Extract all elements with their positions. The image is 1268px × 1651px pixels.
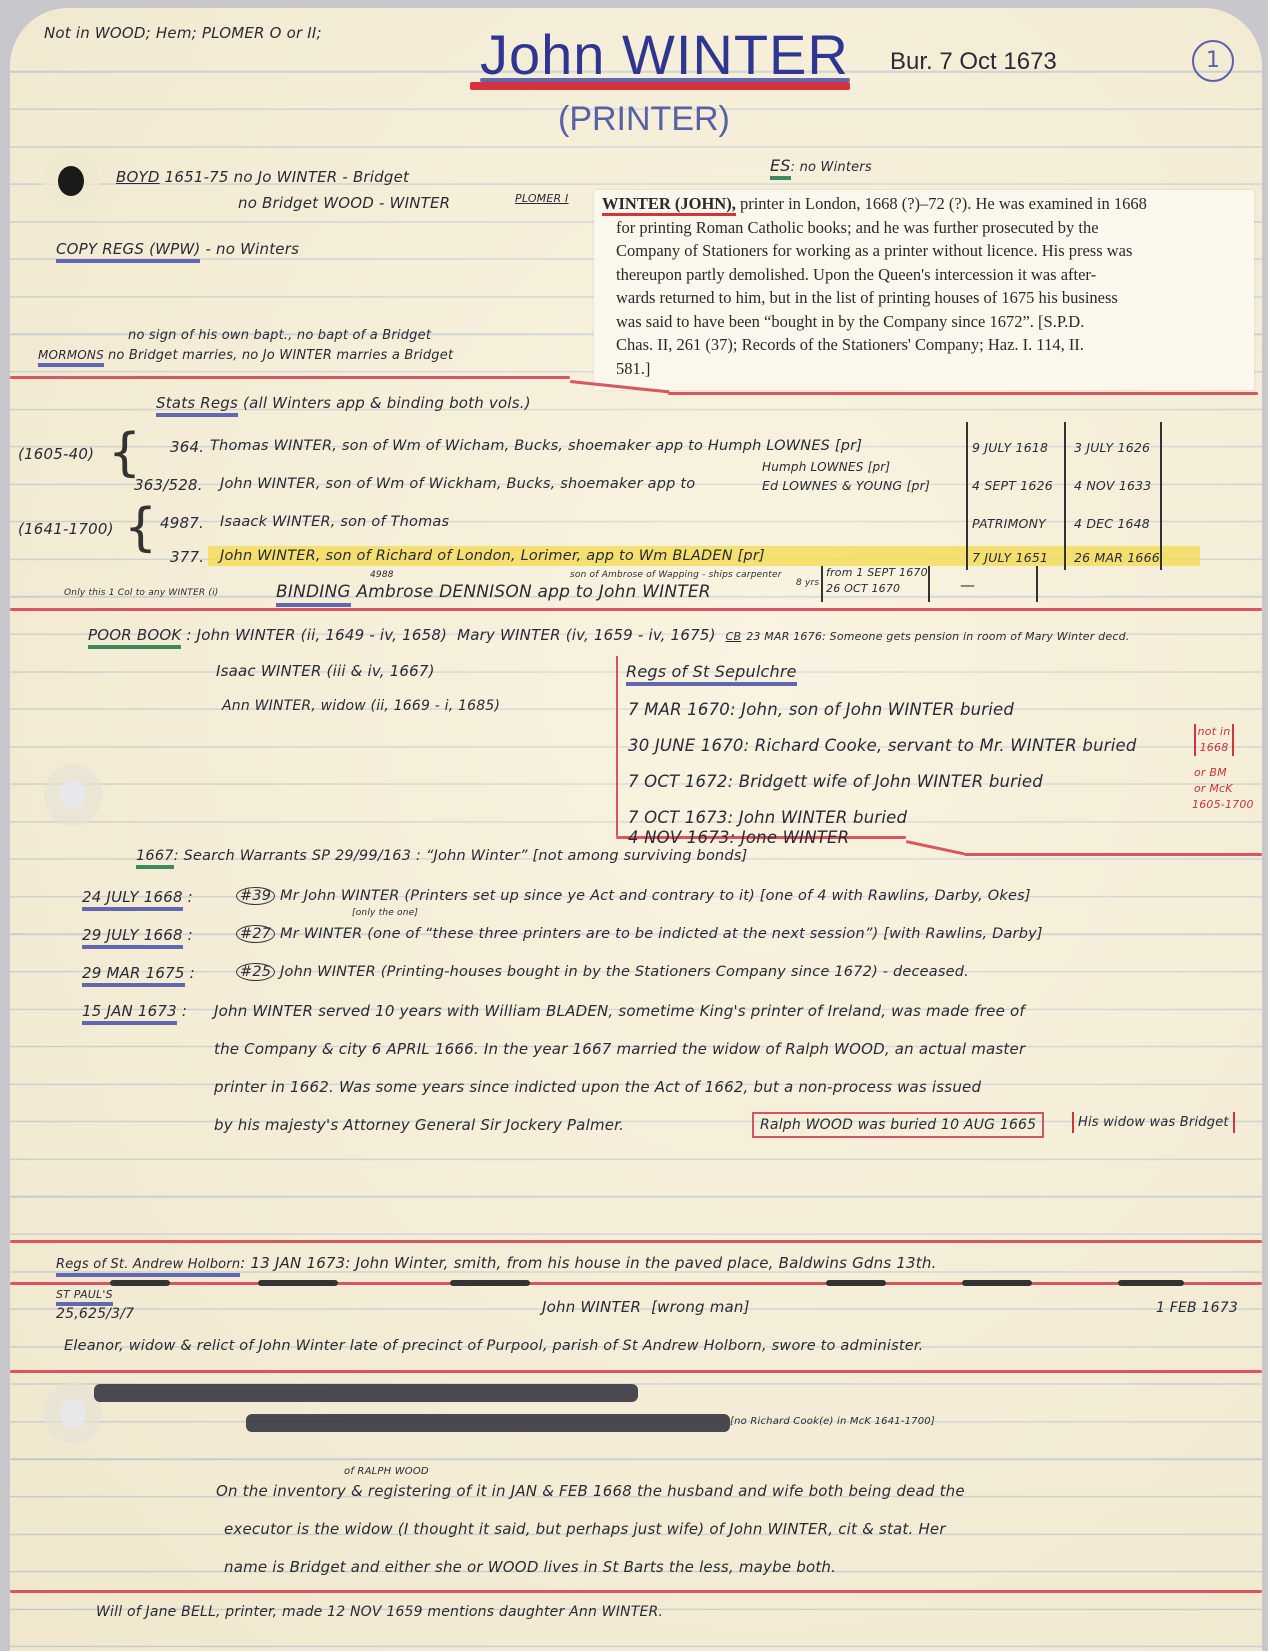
entry-line: by his majesty's Attorney General Sir Jo… xyxy=(214,1116,624,1134)
ralph-wood-box: Ralph WOOD was buried 10 AUG 1665 xyxy=(752,1112,1044,1138)
ink-dash xyxy=(110,1280,170,1286)
margin-note: 1605-1700 xyxy=(1192,798,1254,811)
cb-label: CB xyxy=(726,630,742,643)
entry-date-wrap: 15 JAN 1673 : xyxy=(82,1002,187,1020)
row-text-end: Ed LOWNES & YOUNG [pr] xyxy=(762,478,930,493)
sepulchre-heading: Regs of St Sepulchre xyxy=(626,662,797,681)
entry-body: #25 John WINTER (Printing-houses bought … xyxy=(236,964,969,980)
table-column-line xyxy=(1160,422,1162,570)
binding-term: 8 yrs xyxy=(796,578,819,588)
margin-note: or McK xyxy=(1194,782,1233,795)
wrong-man-note: [wrong man] xyxy=(651,1298,750,1316)
entry-sup: [only the one] xyxy=(352,908,418,918)
boyd-line-2: no Bridget WOOD - WINTER xyxy=(238,194,450,212)
copy-regs-label: COPY REGS (WPW) xyxy=(56,240,200,263)
plomer-line: thereupon partly demolished. Upon the Qu… xyxy=(602,263,1246,287)
sepulchre-heading-text: Regs of St Sepulchre xyxy=(626,662,797,686)
plomer-line: wards returned to him, but in the list o… xyxy=(602,286,1246,310)
plomer-line: was said to have been “bought in by the … xyxy=(602,310,1246,334)
sepulchre-entry: 30 JUNE 1670: Richard Cooke, servant to … xyxy=(628,736,1137,755)
row-text: Isaack WINTER, son of Thomas xyxy=(220,514,449,530)
row-text: Thomas WINTER, son of Wm of Wicham, Buck… xyxy=(210,438,862,454)
margin-note-box: not in 1668 xyxy=(1194,724,1234,756)
entry-date: 29 MAR 1675 xyxy=(82,964,185,987)
entry-date-wrap: 29 MAR 1675 : xyxy=(82,964,195,982)
row-number: 364. xyxy=(170,438,204,456)
section-divider xyxy=(10,1282,1262,1285)
redacted-line xyxy=(94,1384,638,1402)
page-subtitle: (PRINTER) xyxy=(558,100,730,139)
sepulchre-entry: 7 OCT 1672: Bridgett wife of John WINTER… xyxy=(628,772,1043,791)
section-divider xyxy=(10,376,570,379)
binding-bound-2: 26 OCT 1670 xyxy=(826,582,900,595)
mormons-line-2: no Bridget marries, no Jo WINTER marries… xyxy=(108,348,453,363)
search-warrants: 1667: Search Warrants SP 29/99/163 : “Jo… xyxy=(136,848,747,864)
section-divider xyxy=(10,608,1262,611)
redacted-note: [no Richard Cook(e) in McK 1641-1700] xyxy=(730,1416,935,1427)
ink-dash xyxy=(258,1280,338,1286)
ink-dash xyxy=(450,1280,530,1286)
boyd-text: 1651-75 no Jo WINTER - Bridget xyxy=(165,168,410,186)
period-label: (1641-1700) xyxy=(18,520,114,538)
binding-number: 4988 xyxy=(370,570,394,580)
box-bottom xyxy=(906,840,965,855)
row-number: 377. xyxy=(170,548,204,566)
es-note: ES: no Winters xyxy=(770,156,872,175)
st-pauls-date: 1 FEB 1673 xyxy=(1156,1300,1238,1316)
stats-regs-note: (all Winters app & binding both vols.) xyxy=(243,394,531,412)
row-freed-date: 4 NOV 1633 xyxy=(1074,478,1151,493)
inventory-line: executor is the widow (I thought it said… xyxy=(224,1520,946,1538)
stats-regs-label: Stats Regs xyxy=(156,394,238,417)
inventory-sup: of RALPH WOOD xyxy=(344,1466,429,1477)
section-divider xyxy=(10,1240,1262,1243)
plomer-heading: WINTER (JOHN), xyxy=(602,194,736,216)
entry-line: John WINTER served 10 years with William… xyxy=(214,1002,1025,1020)
cross-ref-name: John WINTER xyxy=(542,1298,641,1316)
binding-label: BINDING xyxy=(276,582,351,607)
table-column-line xyxy=(928,566,930,602)
plomer-clipping: WINTER (JOHN), printer in London, 1668 (… xyxy=(594,190,1254,390)
entry-text: John WINTER (Printing-houses bought in b… xyxy=(280,964,969,980)
binding-text: Ambrose DENNISON app to John WINTER xyxy=(356,582,710,602)
row-bound-date: 7 JULY 1651 xyxy=(972,550,1048,565)
poor-book-line-1: POOR BOOK : John WINTER (ii, 1649 - iv, … xyxy=(88,626,1129,644)
row-freed-date: 26 MAR 1666 xyxy=(1074,550,1160,565)
mormons: MORMONS no Bridget marries, no Jo WINTER… xyxy=(38,348,453,363)
entry-date-wrap: 24 JULY 1668 : xyxy=(82,888,193,906)
poor-book-entry: Isaac WINTER (iii & iv, 1667) xyxy=(216,662,435,680)
plomer-line: for printing Roman Catholic books; and h… xyxy=(602,216,1246,240)
section-divider xyxy=(668,392,1258,395)
row-text: John WINTER, son of Richard of London, L… xyxy=(220,548,765,564)
brace-icon: { xyxy=(108,423,141,483)
plomer-line: Company of Stationers for working as a p… xyxy=(602,239,1246,263)
poor-book-entry: Ann WINTER, widow (ii, 1669 - i, 1685) xyxy=(222,698,500,714)
page-number: 1 xyxy=(1192,40,1234,82)
mormons-label: MORMONS xyxy=(38,348,104,367)
st-andrew-label: Regs of St. Andrew Holborn xyxy=(56,1257,240,1277)
row-text-sup: Humph LOWNES [pr] xyxy=(762,460,890,474)
section-divider xyxy=(10,1590,1262,1593)
sepulchre-entry: 7 OCT 1673: John WINTER buried xyxy=(628,808,907,827)
entry-ref: #39 xyxy=(236,887,275,905)
top-note: Not in WOOD; Hem; PLOMER O or II; xyxy=(44,24,322,42)
sepulchre-entry: 4 NOV 1673: Jone WINTER xyxy=(628,828,849,847)
margin-note: or BM xyxy=(1194,766,1227,779)
entry-date: 15 JAN 1673 xyxy=(82,1002,177,1025)
entry-ref: #25 xyxy=(236,963,275,981)
ink-dash xyxy=(826,1280,886,1286)
ink-dash xyxy=(962,1280,1032,1286)
copy-regs-text: - no Winters xyxy=(205,240,299,258)
row-bound-date: 9 JULY 1618 xyxy=(972,440,1048,455)
punch-hole xyxy=(60,780,86,810)
table-column-line xyxy=(821,566,823,602)
st-andrew-entry: Regs of St. Andrew Holborn: 13 JAN 1673:… xyxy=(56,1254,937,1272)
warrants-text: : Search Warrants SP 29/99/163 : “John W… xyxy=(174,848,748,864)
entry-body: #27 Mr WINTER (one of “these three print… xyxy=(236,926,1043,942)
row-text: John WINTER, son of Wm of Wickham, Bucks… xyxy=(220,476,695,492)
redacted-line xyxy=(246,1414,730,1432)
plomer-line: 581.] xyxy=(602,357,1246,381)
plomer-label: PLOMER I xyxy=(515,192,569,205)
cb-note: 23 MAR 1676: Someone gets pension in roo… xyxy=(746,630,1129,643)
ink-dash xyxy=(1118,1280,1184,1286)
poor-book-label: POOR BOOK xyxy=(88,626,181,649)
entry-body: #39 Mr John WINTER (Printers set up sinc… xyxy=(236,888,1031,904)
title-underline xyxy=(470,82,850,90)
row-number: 363/528. xyxy=(134,476,203,494)
eleanor-entry: Eleanor, widow & relict of John Winter l… xyxy=(64,1338,923,1354)
st-andrew-text: : 13 JAN 1673: John Winter, smith, from … xyxy=(240,1254,936,1272)
jane-bell-will: Will of Jane BELL, printer, made 12 NOV … xyxy=(96,1604,663,1620)
entry-ref: #27 xyxy=(236,925,275,943)
plomer-line: Chas. II, 261 (37); Records of the Stati… xyxy=(602,333,1246,357)
mormons-line-1: no sign of his own bapt., no bapt of a B… xyxy=(128,328,431,343)
table-column-line xyxy=(966,422,968,570)
poor-book-entry: John WINTER (ii, 1649 - iv, 1658) xyxy=(197,626,448,644)
warrants-year: 1667 xyxy=(136,848,174,869)
brace-icon: { xyxy=(124,498,157,558)
punch-hole xyxy=(60,1398,86,1428)
title-underline-blue xyxy=(480,78,850,82)
entry-text: Mr WINTER (one of “these three printers … xyxy=(280,926,1043,942)
binding-side-note: Only this 1 Col to any WINTER (i) xyxy=(64,588,219,598)
es-label: ES xyxy=(770,156,791,180)
st-pauls: ST PAUL'S xyxy=(56,1288,113,1301)
row-bound-date: PATRIMONY xyxy=(972,516,1046,531)
widow-note: His widow was Bridget xyxy=(1072,1112,1235,1133)
stats-regs: Stats Regs (all Winters app & binding bo… xyxy=(156,394,531,412)
binding-freed: — xyxy=(960,576,975,594)
st-pauls-label: ST PAUL'S xyxy=(56,1288,113,1306)
row-freed-date: 4 DEC 1648 xyxy=(1074,516,1150,531)
table-column-line xyxy=(1064,422,1066,570)
entry-date: 29 JULY 1668 xyxy=(82,926,183,949)
punch-hole xyxy=(58,166,84,196)
box-bottom xyxy=(964,853,1262,856)
entry-date-wrap: 29 JULY 1668 : xyxy=(82,926,193,944)
es-text: : no Winters xyxy=(791,160,872,175)
boyd-label: BOYD xyxy=(116,168,160,186)
row-freed-date: 3 JULY 1626 xyxy=(1074,440,1150,455)
entry-date: 24 JULY 1668 xyxy=(82,888,183,911)
boyd-line-1: BOYD 1651-75 no Jo WINTER - Bridget xyxy=(116,168,409,186)
st-pauls-ref: 25,625/3/7 xyxy=(56,1306,134,1322)
table-column-line xyxy=(1036,566,1038,602)
period-label: (1605-40) xyxy=(18,445,94,463)
row-bound-date: 4 SEPT 1626 xyxy=(972,478,1053,493)
burial-date: Bur. 7 Oct 1673 xyxy=(890,48,1057,76)
cross-ref: John WINTER [wrong man] xyxy=(542,1298,750,1316)
entry-line: printer in 1662. Was some years since in… xyxy=(214,1078,981,1096)
binding-sup-note: son of Ambrose of Wapping - ships carpen… xyxy=(570,570,782,580)
inventory-line: On the inventory & registering of it in … xyxy=(216,1482,965,1500)
entry-line: the Company & city 6 APRIL 1666. In the … xyxy=(214,1040,1025,1058)
binding-entry: BINDING Ambrose DENNISON app to John WIN… xyxy=(276,582,711,602)
poor-book-entry: Mary WINTER (iv, 1659 - iv, 1675) xyxy=(457,626,716,644)
entry-text: Mr John WINTER (Printers set up since ye… xyxy=(280,888,1031,904)
binding-bound-1: from 1 SEPT 1670 xyxy=(826,566,928,579)
inventory-line: name is Bridget and either she or WOOD l… xyxy=(224,1558,836,1576)
section-divider xyxy=(10,1370,1262,1373)
row-number: 4987. xyxy=(160,514,204,532)
copy-regs: COPY REGS (WPW) - no Winters xyxy=(56,240,299,258)
plomer-line: printer in London, 1668 (?)–72 (?). He w… xyxy=(736,194,1147,213)
sepulchre-entry: 7 MAR 1670: John, son of John WINTER bur… xyxy=(628,700,1014,719)
index-card: Not in WOOD; Hem; PLOMER O or II; John W… xyxy=(10,8,1262,1651)
